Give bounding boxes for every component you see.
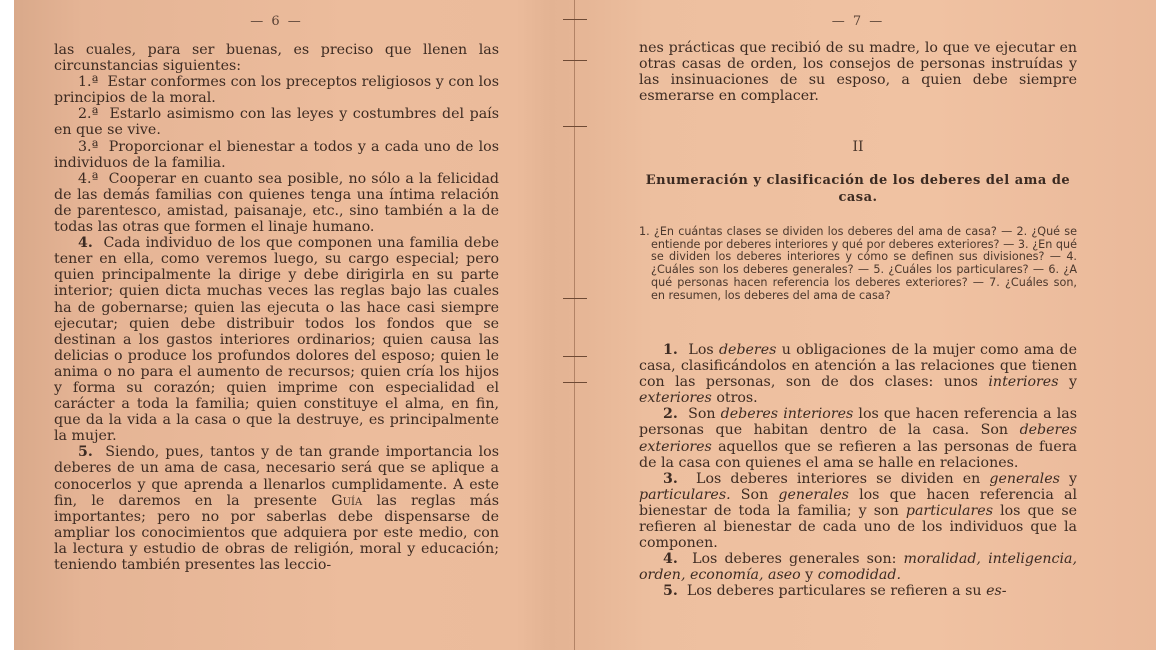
paragraph-number: 4.	[78, 235, 93, 251]
list-item: 1.ª Estar conformes con los preceptos re…	[54, 74, 499, 106]
right-page: — 7 — nes prácticas que recibió de su ma…	[639, 0, 1077, 650]
page-number: — 6 —	[54, 14, 499, 29]
item-number: 4.ª	[78, 171, 98, 187]
numbered-paragraph: 5. Los deberes particulares se refieren …	[639, 583, 1077, 599]
paragraph-number: 5.	[78, 444, 93, 460]
book-spread: — 6 — las cuales, para ser buenas, es pr…	[14, 0, 1156, 650]
chapter-questions: 1. ¿En cuántas clases se dividen los deb…	[639, 226, 1077, 302]
paragraph: las cuales, para ser buenas, es preciso …	[54, 42, 499, 74]
chapter-number: II	[639, 139, 1077, 155]
book-gutter	[574, 0, 575, 650]
list-item: 2.ª Estarlo asimismo con las leyes y cos…	[54, 106, 499, 138]
text-run: y	[1058, 374, 1077, 390]
paragraph-number: 3.	[663, 471, 678, 487]
italic-run: exteriores	[639, 390, 712, 406]
item-number: 3.ª	[78, 139, 98, 155]
numbered-paragraph: 3. Los deberes interiores se dividen en …	[639, 471, 1077, 551]
numbered-paragraph: 2. Son deberes interiores los que hacen …	[639, 406, 1077, 470]
binding-stitch	[563, 356, 587, 357]
text-run: Los deberes interiores se dividen en	[696, 471, 989, 487]
binding-stitch	[563, 60, 587, 61]
text-run: Los deberes particulares se refieren a s…	[687, 583, 986, 599]
text-run: y	[801, 567, 818, 583]
numbered-paragraph: 5. Siendo, pues, tantos y de tan grande …	[54, 444, 499, 573]
binding-stitch	[563, 19, 587, 20]
questions-text: 1. ¿En cuántas clases se dividen los deb…	[639, 226, 1077, 302]
italic-run: generales	[778, 487, 848, 503]
text-run: Son	[688, 406, 721, 422]
paragraph-number: 1.	[663, 342, 678, 358]
text-run: Los	[688, 342, 719, 358]
italic-run: particulares.	[639, 487, 731, 503]
numbered-paragraph: 1. Los deberes u obligaciones de la muje…	[639, 342, 1077, 406]
italic-run: es-	[986, 583, 1006, 599]
book-title-guia: Guía	[331, 493, 362, 509]
chapter-title: Enumeración y clasificación de los deber…	[639, 172, 1077, 206]
text-run: Son	[731, 487, 779, 503]
item-text: Estar conformes con los preceptos religi…	[54, 74, 499, 106]
italic-run: deberes interiores	[721, 406, 854, 422]
paragraph-text: nes prácticas que recibió de su madre, l…	[639, 40, 1077, 104]
list-item: 3.ª Proporcionar el bienestar a todos y …	[54, 139, 499, 171]
item-number: 2.ª	[78, 106, 98, 122]
italic-run: deberes	[719, 342, 776, 358]
text-run: y	[1060, 471, 1077, 487]
item-text: Estarlo asimismo con las leyes y costumb…	[54, 106, 499, 138]
italic-run: interiores	[988, 374, 1058, 390]
right-page-body: 1. Los deberes u obligaciones de la muje…	[639, 342, 1077, 600]
left-page-body: las cuales, para ser buenas, es preciso …	[54, 42, 499, 573]
paragraph-text: Cada individuo de los que componen una f…	[54, 235, 499, 444]
paragraph-number: 5.	[663, 583, 678, 599]
paragraph-number: 2.	[663, 406, 678, 422]
binding-stitch	[563, 298, 587, 299]
numbered-paragraph: 4. Cada individuo de los que componen un…	[54, 235, 499, 444]
list-item: 4.ª Cooperar en cuanto sea posible, no s…	[54, 171, 499, 235]
item-text: Cooperar en cuanto sea posible, no sólo …	[54, 171, 499, 235]
item-text: Proporcionar el bienestar a todos y a ca…	[54, 139, 499, 171]
left-page: — 6 — las cuales, para ser buenas, es pr…	[54, 0, 499, 650]
numbered-paragraph: 4. Los deberes generales son: moralidad,…	[639, 551, 1077, 583]
page-number: — 7 —	[639, 14, 1077, 29]
continuation-paragraph: nes prácticas que recibió de su madre, l…	[639, 40, 1077, 104]
italic-run: comodidad.	[818, 567, 901, 583]
text-run: Los deberes generales son:	[692, 551, 903, 567]
italic-run: generales	[989, 471, 1059, 487]
italic-run: particulares	[906, 503, 993, 519]
text-run: otros.	[712, 390, 758, 406]
item-number: 1.ª	[78, 74, 98, 90]
binding-stitch	[563, 126, 587, 127]
paragraph-number: 4.	[663, 551, 678, 567]
binding-stitch	[563, 382, 587, 383]
